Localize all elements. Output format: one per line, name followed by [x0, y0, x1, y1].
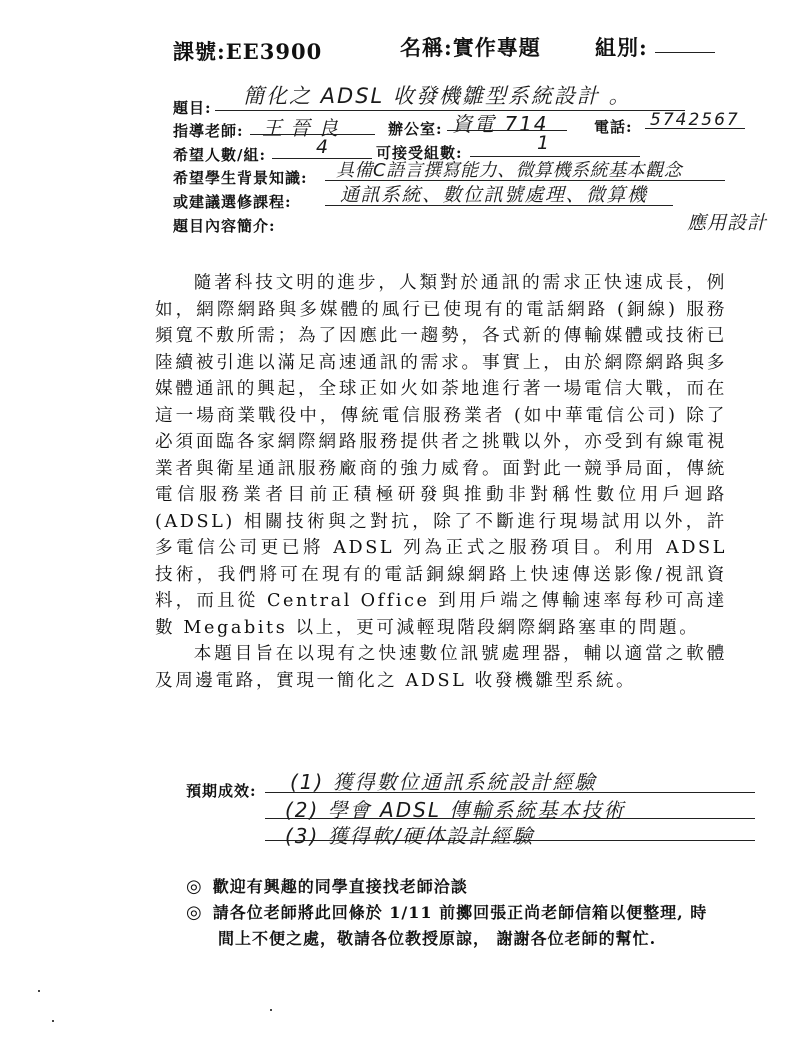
group-field-line	[655, 52, 715, 53]
phone-label: 電話:	[594, 116, 633, 137]
double-circle-bullet-icon: ◎	[186, 902, 203, 923]
summary-paragraph-2: 本題目旨在以現有之快速數位訊號處理器，輔以適當之軟體及周邊電路，實現一簡化之 A…	[155, 641, 727, 694]
courses-value-line1: 通訊系統、數位訊號處理、微算機	[340, 180, 648, 207]
note-2-text-line1: 請各位老師將此回條於 1/11 前擲回張正尚老師信箱以便整理, 時	[213, 903, 708, 922]
phone-line	[645, 128, 745, 129]
courses-label: 或建議選修課程:	[173, 191, 292, 212]
summary-label: 題目內容簡介:	[173, 215, 276, 236]
scan-speck	[52, 1020, 54, 1022]
courses-value-line2: 應用設計	[687, 208, 767, 235]
advisor-line	[250, 134, 375, 135]
background-label: 希望學生背景知識:	[173, 167, 308, 188]
scan-speck	[38, 990, 40, 992]
background-value: 具備C語言撰寫能力、微算機系統基本觀念	[336, 156, 682, 182]
outcome-line-1	[265, 792, 755, 793]
office-value: 資電 714	[452, 108, 549, 137]
topic-value: 簡化之 ADSL 收發機雛型系統設計 。	[243, 80, 632, 110]
advisor-label: 指導老師:	[173, 120, 244, 141]
outcome-item-1: (1) 獲得數位通訊系統設計經驗	[290, 766, 597, 795]
double-circle-bullet-icon: ◎	[186, 876, 203, 897]
group-label: 組別:	[595, 32, 648, 62]
outcomes-label: 預期成效:	[186, 780, 257, 801]
course-code: 課號:EE3900	[173, 36, 322, 66]
note-2: ◎請各位老師將此回條於 1/11 前擲回張正尚老師信箱以便整理, 時	[186, 900, 707, 926]
phone-value: 5742567	[650, 110, 740, 130]
course-name: 名稱:實作專題	[400, 32, 541, 62]
office-label: 辦公室:	[388, 118, 443, 139]
note-1: ◎歡迎有興趣的同學直接找老師洽談	[186, 874, 468, 900]
topic-label: 題目:	[173, 97, 212, 118]
note-1-text: 歡迎有興趣的同學直接找老師洽談	[213, 877, 468, 896]
outcome-item-3: (3) 獲得軟/硬体設計經驗	[285, 820, 534, 849]
summary-body: 隨著科技文明的進步，人類對於通訊的需求正快速成長，例如，網際網路與多媒體的風行已…	[155, 270, 727, 694]
members-value: 4	[316, 136, 330, 158]
outcome-line-2	[265, 818, 755, 819]
members-label: 希望人數/組:	[173, 144, 266, 165]
topic-line	[215, 110, 685, 111]
scan-speck	[270, 1009, 272, 1011]
courses-line	[325, 205, 673, 206]
note-2-continuation: 間上不便之處，敬請各位教授原諒， 謝謝各位老師的幫忙.	[218, 926, 656, 952]
outcome-line-3	[265, 840, 755, 841]
advisor-value: 王晉良	[262, 112, 346, 141]
summary-paragraph-1: 隨著科技文明的進步，人類對於通訊的需求正快速成長，例如，網際網路與多媒體的風行已…	[155, 270, 727, 641]
groups-value: 1	[537, 132, 551, 154]
office-line	[447, 130, 567, 131]
